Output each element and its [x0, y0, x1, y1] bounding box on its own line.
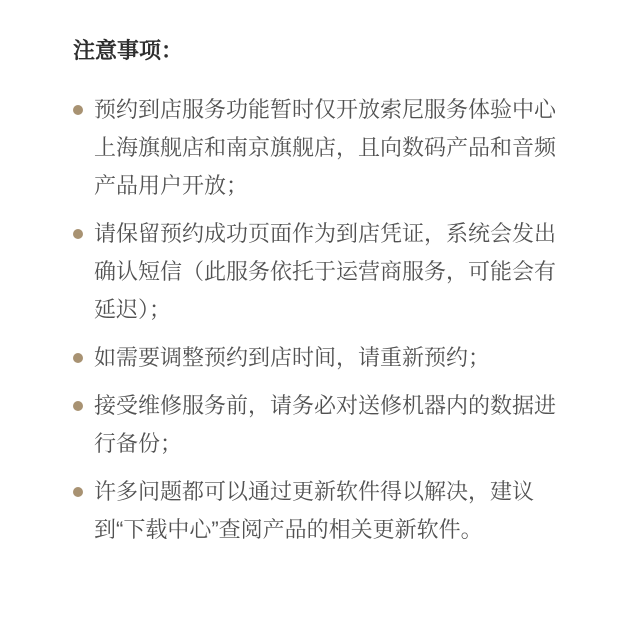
note-text: 如需要调整预约到店时间，请重新预约； [94, 339, 575, 377]
note-text: 预约到店服务功能暂时仅开放索尼服务体验中心上海旗舰店和南京旗舰店，且向数码产品和… [94, 91, 575, 205]
note-text: 接受维修服务前，请务必对送修机器内的数据进行备份； [94, 387, 575, 463]
notes-list: 预约到店服务功能暂时仅开放索尼服务体验中心上海旗舰店和南京旗舰店，且向数码产品和… [73, 91, 585, 549]
bullet-dot-icon [73, 229, 83, 239]
list-item: 如需要调整预约到店时间，请重新预约； [73, 339, 585, 377]
bullet-dot-icon [73, 105, 83, 115]
list-item: 预约到店服务功能暂时仅开放索尼服务体验中心上海旗舰店和南京旗舰店，且向数码产品和… [73, 91, 585, 205]
bullet-dot-icon [73, 401, 83, 411]
bullet-dot-icon [73, 487, 83, 497]
notice-section: 注意事项： 预约到店服务功能暂时仅开放索尼服务体验中心上海旗舰店和南京旗舰店，且… [0, 0, 640, 549]
note-text: 许多问题都可以通过更新软件得以解决，建议到“下载中心”查阅产品的相关更新软件。 [94, 473, 575, 549]
note-text: 请保留预约成功页面作为到店凭证，系统会发出确认短信（此服务依托于运营商服务，可能… [94, 215, 575, 329]
section-title: 注意事项： [73, 36, 585, 66]
bullet-dot-icon [73, 353, 83, 363]
list-item: 接受维修服务前，请务必对送修机器内的数据进行备份； [73, 387, 585, 463]
list-item: 请保留预约成功页面作为到店凭证，系统会发出确认短信（此服务依托于运营商服务，可能… [73, 215, 585, 329]
list-item: 许多问题都可以通过更新软件得以解决，建议到“下载中心”查阅产品的相关更新软件。 [73, 473, 585, 549]
